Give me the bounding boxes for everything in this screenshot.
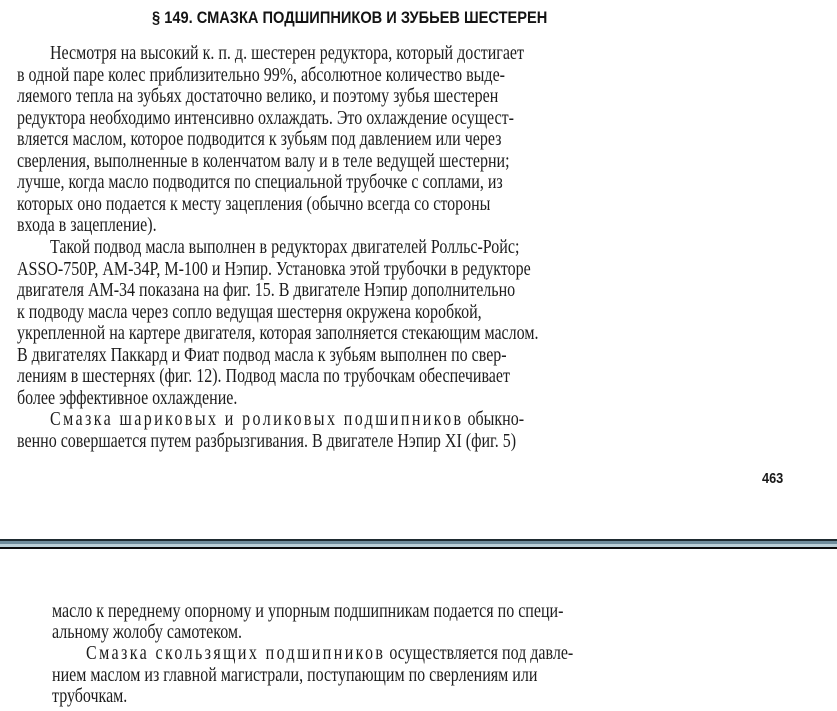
text-line: ляемого тепла на зубьях достаточно велик… [17,85,498,107]
text-line: лучше, когда масло подводится по специал… [17,171,503,193]
text-line: В двигателях Паккард и Фиат подвод масла… [17,344,507,366]
text-line: укрепленной на картере двигателя, котора… [17,322,538,344]
text-line: двигателя АМ-34 показана на фиг. 15. В д… [17,279,515,301]
page-bottom: масло к переднему опорному и упорным под… [0,549,837,711]
text-line: масло к переднему опорному и упорным под… [52,600,563,622]
line-rest: обыкно- [463,408,524,430]
line-rest: осуществляется под давле- [385,642,573,664]
text-line: в одной паре колес приблизительно 99%, а… [17,64,505,86]
text-line: Несмотря на высокий к. п. д. шестерен ре… [50,42,524,64]
page-number: 463 [762,470,783,487]
spaced-emphasis: Смазка скользящих подшипников [86,642,385,664]
text-line: венно совершается путем разбрызгивания. … [17,430,516,452]
text-line: лениям в шестернях (фиг. 12). Подвод мас… [17,365,510,387]
section-title: § 149. СМАЗКА ПОДШИПНИКОВ И ЗУБЬЕВ ШЕСТЕ… [152,8,556,28]
text-line: Такой подвод масла выполнен в редукторах… [50,236,519,258]
text-line: к подводу масла через сопло ведущая шест… [17,301,482,323]
text-line: ASSO-750P, АМ-34Р, М-100 и Нэпир. Устано… [17,258,531,280]
page-separator [0,539,837,549]
text-line: трубочкам. [52,685,127,707]
text-line: более эффективное охлаждение. [17,387,237,409]
text-line: альному жолобу самотеком. [52,621,242,643]
text-line: редуктора необходимо интенсивно охлаждат… [17,107,514,129]
text-line: нием маслом из главной магистрали, посту… [52,664,537,686]
text-line: вляется маслом, которое подводится к зуб… [17,128,501,150]
text-line: сверления, выполненные в коленчатом валу… [17,150,510,172]
text-line: входа в зацепление). [17,214,157,236]
text-line: Смазка скользящих подшипников осуществля… [86,642,573,664]
spaced-emphasis: Смазка шариковых и роликовых подшипников [50,408,463,430]
page-top: § 149. СМАЗКА ПОДШИПНИКОВ И ЗУБЬЕВ ШЕСТЕ… [0,0,837,539]
text-line: Смазка шариковых и роликовых подшипников… [50,408,524,430]
text-line: которых оно подается к месту зацепления … [17,193,490,215]
